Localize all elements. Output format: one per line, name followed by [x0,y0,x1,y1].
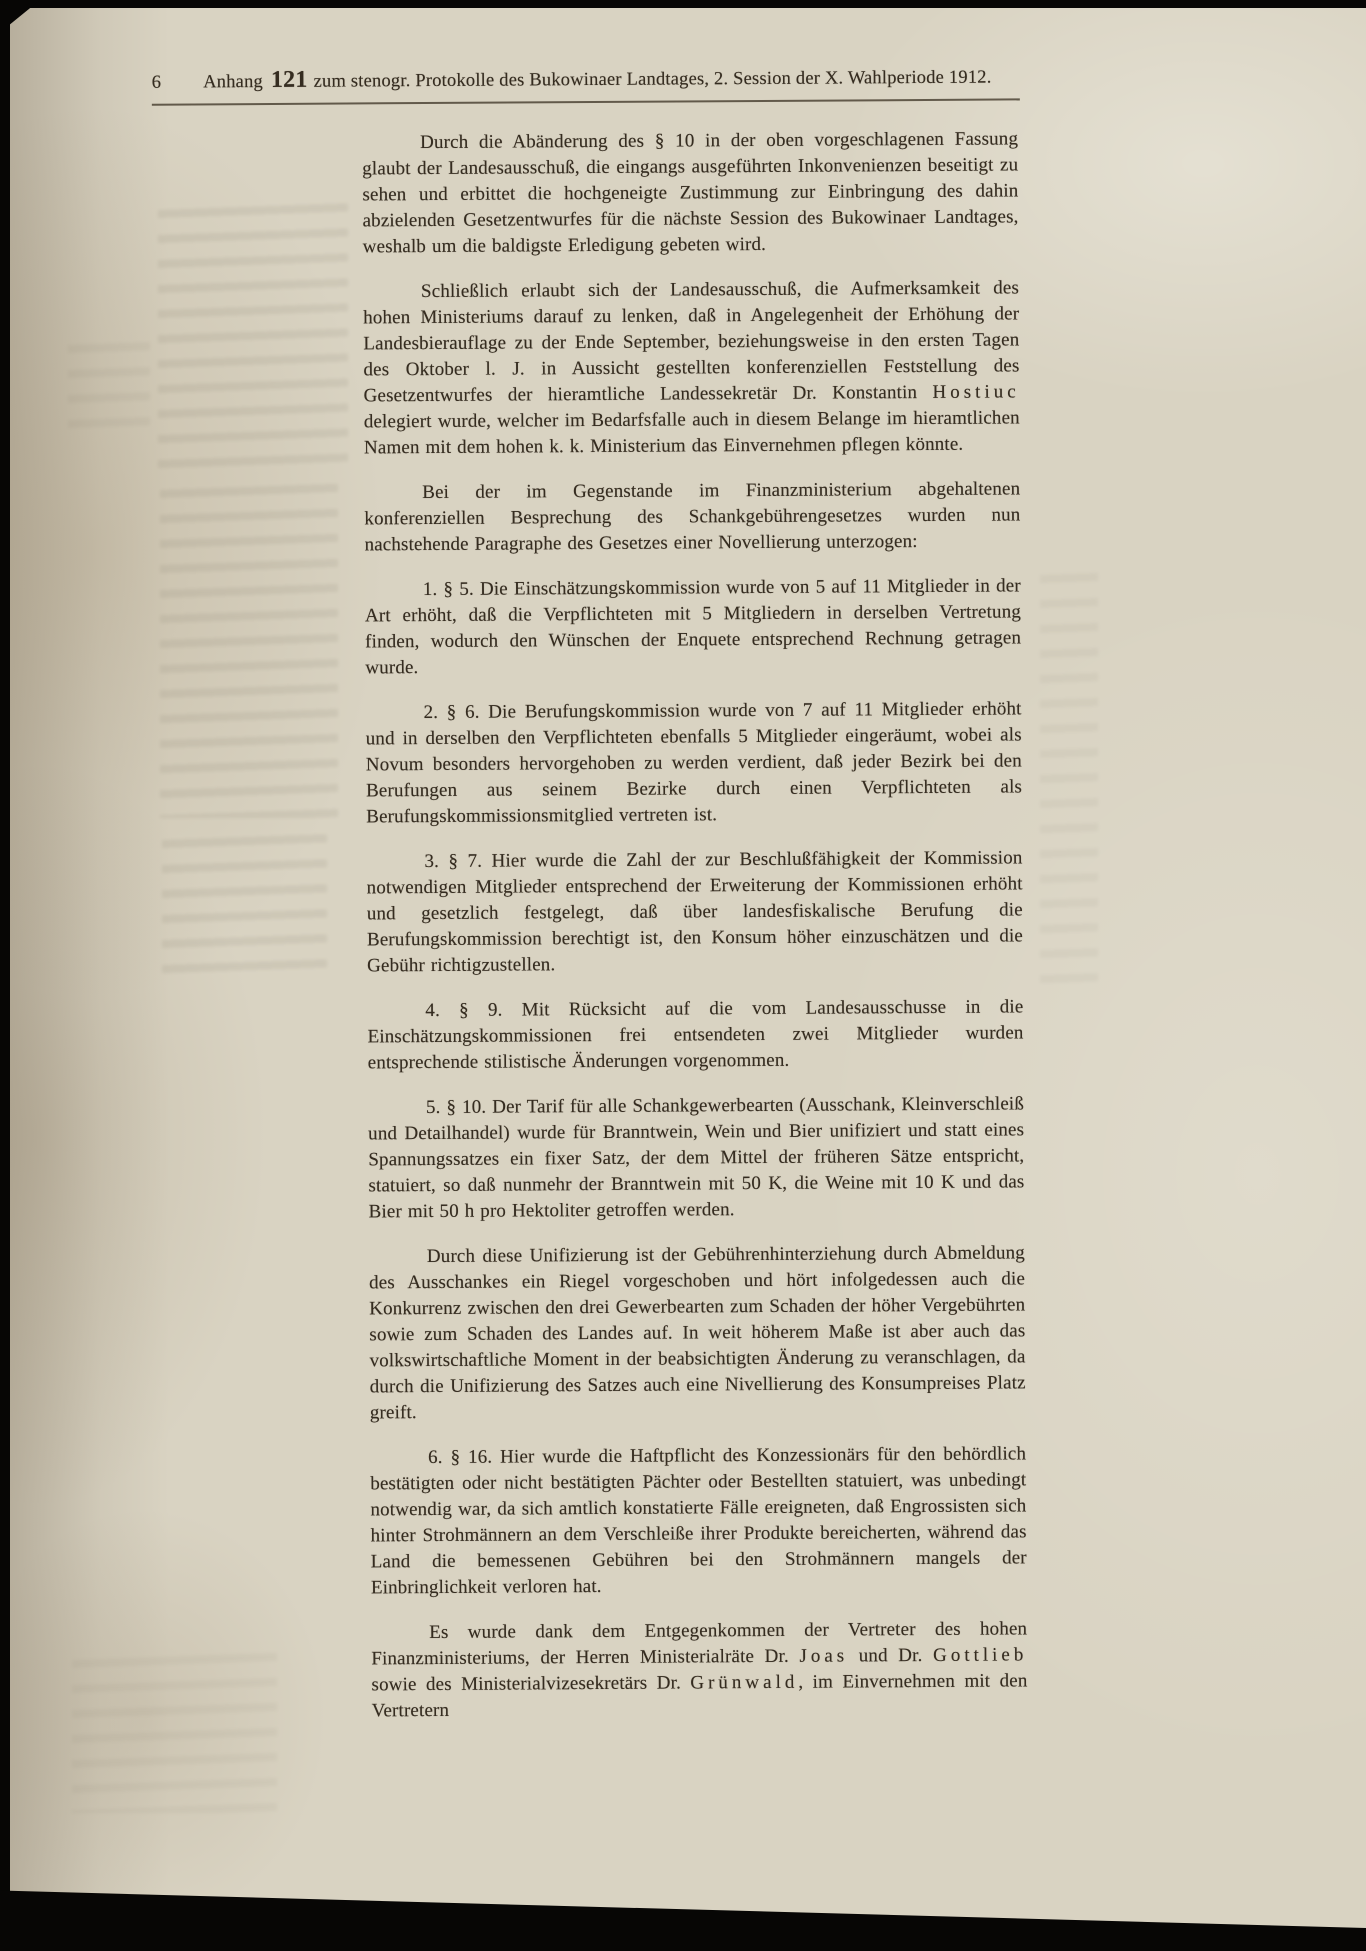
text-run: Durch diese Unifizierung ist der Gebühre… [369,1242,1026,1423]
text-run: und Dr. [848,1645,933,1667]
paragraph: Schließlich erlaubt sich der Landesaussc… [363,275,1020,461]
paragraph: 5. § 10. Der Tarif für alle Schankgewerb… [368,1091,1025,1225]
text-run: sowie des Ministerialvizesekretärs Dr. [371,1672,690,1695]
paragraph: 4. § 9. Mit Rücksicht auf die vom Landes… [367,994,1023,1076]
paragraph: 3. § 7. Hier wurde die Zahl der zur Besc… [366,845,1023,979]
running-head-title: zum stenogr. Protokolle des Bukowinaer L… [313,68,991,92]
person-name: Gottlieb [933,1644,1027,1666]
text-run: 1. § 5. Die Einschätzungskommission wurd… [365,575,1021,678]
paragraph: Durch die Abänderung des § 10 in der obe… [362,126,1019,260]
printed-content: 6Anhang121zum stenogr. Protokolle des Bu… [9,2,1366,1951]
text-run: delegiert wurde, welcher im Bedarfsfalle… [364,407,1020,458]
person-name: Joas [799,1645,848,1666]
paper-sheet: 6Anhang121zum stenogr. Protokolle des Bu… [10,8,1366,1951]
text-run: 6. § 16. Hier wurde die Haftpflicht des … [370,1443,1027,1598]
paragraph: 1. § 5. Die Einschätzungskommission wurd… [365,573,1022,681]
text-run: 4. § 9. Mit Rücksicht auf die vom Landes… [367,996,1023,1073]
paragraph: Es wurde dank dem Entgegenkommen der Ver… [371,1616,1028,1724]
text-run: Durch die Abänderung des § 10 in der obe… [362,128,1018,257]
text-run: 5. § 10. Der Tarif für alle Schankgewerb… [368,1093,1024,1222]
text-run: 3. § 7. Hier wurde die Zahl der zur Besc… [367,847,1023,976]
paragraph: Durch diese Unifizierung ist der Gebühre… [369,1240,1026,1426]
annex-number: 121 [271,67,308,93]
scanned-page: { "scan": { "paper_color": "#d9d3c2", "i… [0,0,1366,1951]
text-run: 2. § 6. Die Berufungskommission wurde vo… [366,698,1022,827]
text-run: Schließlich erlaubt sich der Landesaussc… [363,277,1019,406]
running-head: 6Anhang121zum stenogr. Protokolle des Bu… [152,62,1020,105]
person-name: Hostiuc [932,381,1019,403]
page-number: 6 [152,73,162,94]
paragraph: Bei der im Gegenstande im Finanzminister… [364,476,1020,558]
text-column: Durch die Abänderung des § 10 in der obe… [362,126,1028,1743]
person-name: Grünwald [690,1672,798,1694]
paragraph: 2. § 6. Die Berufungskommission wurde vo… [365,696,1022,830]
paragraph: 6. § 16. Hier wurde die Haftpflicht des … [370,1441,1027,1601]
text-run: Bei der im Gegenstande im Finanzminister… [364,478,1020,555]
annex-label: Anhang [203,72,263,92]
